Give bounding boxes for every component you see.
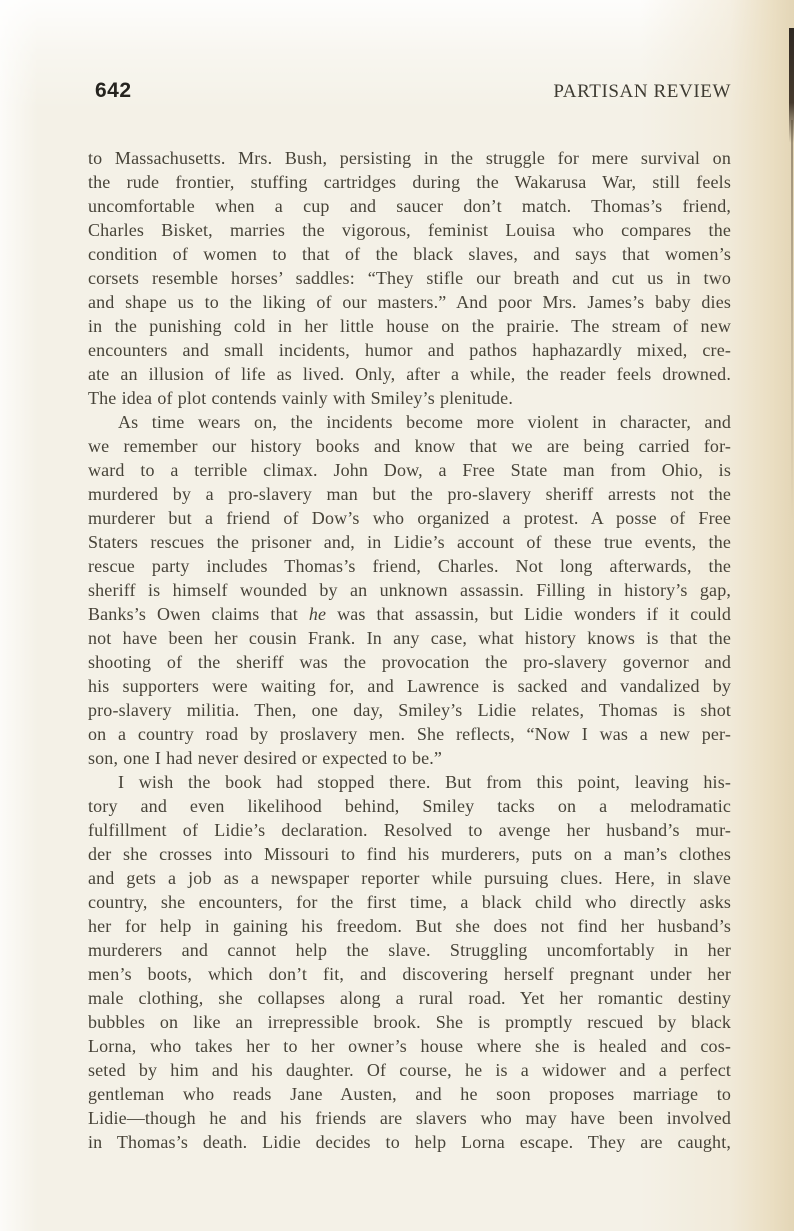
text-line: tory and even likelihood behind, Smiley …: [88, 794, 731, 818]
scanned-page: 642 PARTISAN REVIEW to Massachusetts. Mr…: [0, 0, 794, 1231]
text-line: in the punishing cold in her little hous…: [88, 314, 731, 338]
text-line: her for help in gaining his freedom. But…: [88, 914, 731, 938]
paragraph: to Massachusetts. Mrs. Bush, persisting …: [88, 146, 731, 410]
text-line: the rude frontier, stuffing cartridges d…: [88, 170, 731, 194]
text-line: Lorna, who takes her to her owner’s hous…: [88, 1034, 731, 1058]
text-line: we remember our history books and know t…: [88, 434, 731, 458]
text-line: men’s boots, which don’t fit, and discov…: [88, 962, 731, 986]
text-line: condition of women to that of the black …: [88, 242, 731, 266]
scan-edge-shadow: [791, 120, 793, 520]
text-line: fulfillment of Lidie’s declaration. Reso…: [88, 818, 731, 842]
text-line: seted by him and his daughter. Of course…: [88, 1058, 731, 1082]
text-line: corsets resemble horses’ saddles: “They …: [88, 266, 731, 290]
paragraph: As time wears on, the incidents become m…: [88, 410, 731, 770]
page-number: 642: [95, 79, 132, 103]
text-line: gentleman who reads Jane Austen, and he …: [88, 1082, 731, 1106]
text-line: I wish the book had stopped there. But f…: [88, 770, 731, 794]
text-line: encounters and small incidents, humor an…: [88, 338, 731, 362]
text-line: As time wears on, the incidents become m…: [88, 410, 731, 434]
text-line: not have been her cousin Frank. In any c…: [88, 626, 731, 650]
text-line: country, she encounters, for the first t…: [88, 890, 731, 914]
text-line: Lidie—though he and his friends are slav…: [88, 1106, 731, 1130]
text-line: Banks’s Owen claims that he was that ass…: [88, 602, 731, 626]
text-line: ate an illusion of life as lived. Only, …: [88, 362, 731, 386]
text-line: uncomfortable when a cup and saucer don’…: [88, 194, 731, 218]
text-line: to Massachusetts. Mrs. Bush, persisting …: [88, 146, 731, 170]
text-line: shooting of the sheriff was the provocat…: [88, 650, 731, 674]
text-line: murderers and cannot help the slave. Str…: [88, 938, 731, 962]
text-line: sheriff is himself wounded by an unknown…: [88, 578, 731, 602]
text-line: Staters rescues the prisoner and, in Lid…: [88, 530, 731, 554]
text-line: ward to a terrible climax. John Dow, a F…: [88, 458, 731, 482]
text-line: rescue party includes Thomas’s friend, C…: [88, 554, 731, 578]
text-line: bubbles on like an irrepressible brook. …: [88, 1010, 731, 1034]
text-line: on a country road by proslavery men. She…: [88, 722, 731, 746]
text-line: pro-slavery militia. Then, one day, Smil…: [88, 698, 731, 722]
text-line: son, one I had never desired or expected…: [88, 746, 731, 770]
paragraph: I wish the book had stopped there. But f…: [88, 770, 731, 1154]
running-head: 642 PARTISAN REVIEW: [88, 79, 731, 103]
text-line: male clothing, she collapses along a rur…: [88, 986, 731, 1010]
text-line: and shape us to the liking of our master…: [88, 290, 731, 314]
text-line: in Thomas’s death. Lidie decides to help…: [88, 1130, 731, 1154]
text-line: The idea of plot contends vainly with Sm…: [88, 386, 731, 410]
text-line: and gets a job as a newspaper reporter w…: [88, 866, 731, 890]
text-line: his supporters were waiting for, and Law…: [88, 674, 731, 698]
text-line: der she crosses into Missouri to find hi…: [88, 842, 731, 866]
text-line: murdered by a pro-slavery man but the pr…: [88, 482, 731, 506]
text-line: murderer but a friend of Dow’s who organ…: [88, 506, 731, 530]
body-text: to Massachusetts. Mrs. Bush, persisting …: [88, 146, 731, 1154]
journal-title: PARTISAN REVIEW: [553, 81, 731, 103]
text-line: Charles Bisket, marries the vigorous, fe…: [88, 218, 731, 242]
